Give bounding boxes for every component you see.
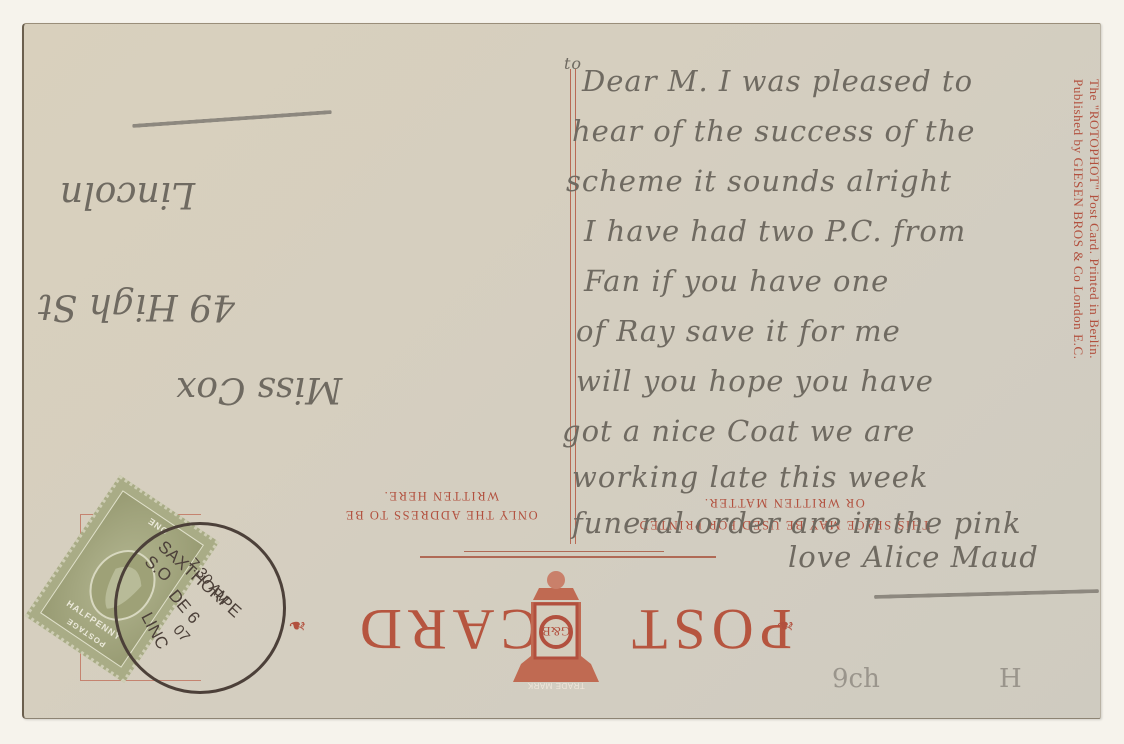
message-line-8: got a nice Coat we are: [562, 414, 915, 448]
address-line-town: Lincoln: [60, 174, 195, 215]
address-line-street: 49 High St: [38, 286, 235, 327]
flourish-ornament-left: ❧: [288, 612, 306, 638]
trademark-emblem-icon: G&B: [511, 569, 601, 694]
message-margin-note: to: [564, 54, 582, 73]
svg-text:G&B: G&B: [542, 624, 571, 639]
flourish-ornament-right: ❧: [776, 612, 794, 638]
message-line-3: scheme it sounds alright: [566, 164, 952, 198]
pencil-note-ref: 9ch: [832, 664, 880, 694]
address-line-name: Miss Cox: [176, 369, 342, 410]
trademark-logo: G&B TRADE MARK: [511, 569, 601, 694]
publisher-imprint: The "ROTOPHOT" Post Card. Printed in Ber…: [1054, 79, 1114, 639]
post-heading: POST: [626, 599, 792, 659]
imprint-line-2: Published by GIESEN BROS & Co London E.C…: [1070, 79, 1086, 360]
message-line-10: funeral order are in the pink: [572, 506, 1022, 540]
divider-rule-thick: [420, 556, 716, 558]
address-underline: [132, 110, 332, 128]
message-line-6: of Ray save it for me: [576, 314, 901, 348]
message-line-1: Dear M. I was pleased to: [582, 64, 973, 98]
address-instruction-line-1: ONLY THE ADDRESS TO BE: [286, 505, 596, 524]
message-line-5: Fan if you have one: [584, 264, 889, 298]
postmark-county: LINC: [136, 609, 172, 653]
pencil-note-mark: H: [999, 664, 1022, 694]
message-line-7: will you hope you have: [576, 364, 934, 398]
message-line-2: hear of the success of the: [572, 114, 975, 148]
trademark-label: TRADE MARK: [521, 681, 591, 690]
address-instruction: ONLY THE ADDRESS TO BE WRITTEN HERE.: [286, 486, 596, 524]
message-line-4: I have had two P.C. from: [584, 214, 966, 248]
message-line-9: working late this week: [572, 460, 928, 494]
postmark-cancel: SAXTHORPE S.O 7.30 AM DE 6 07 LINC: [114, 522, 286, 694]
message-signature: love Alice Maud: [788, 540, 1039, 574]
imprint-line-1: The "ROTOPHOT" Post Card. Printed in Ber…: [1086, 79, 1102, 359]
postcard-back: ONLY THE ADDRESS TO BE WRITTEN HERE. THI…: [22, 23, 1101, 719]
divider-rule-thin: [464, 551, 664, 552]
address-instruction-line-2: WRITTEN HERE.: [286, 486, 596, 505]
